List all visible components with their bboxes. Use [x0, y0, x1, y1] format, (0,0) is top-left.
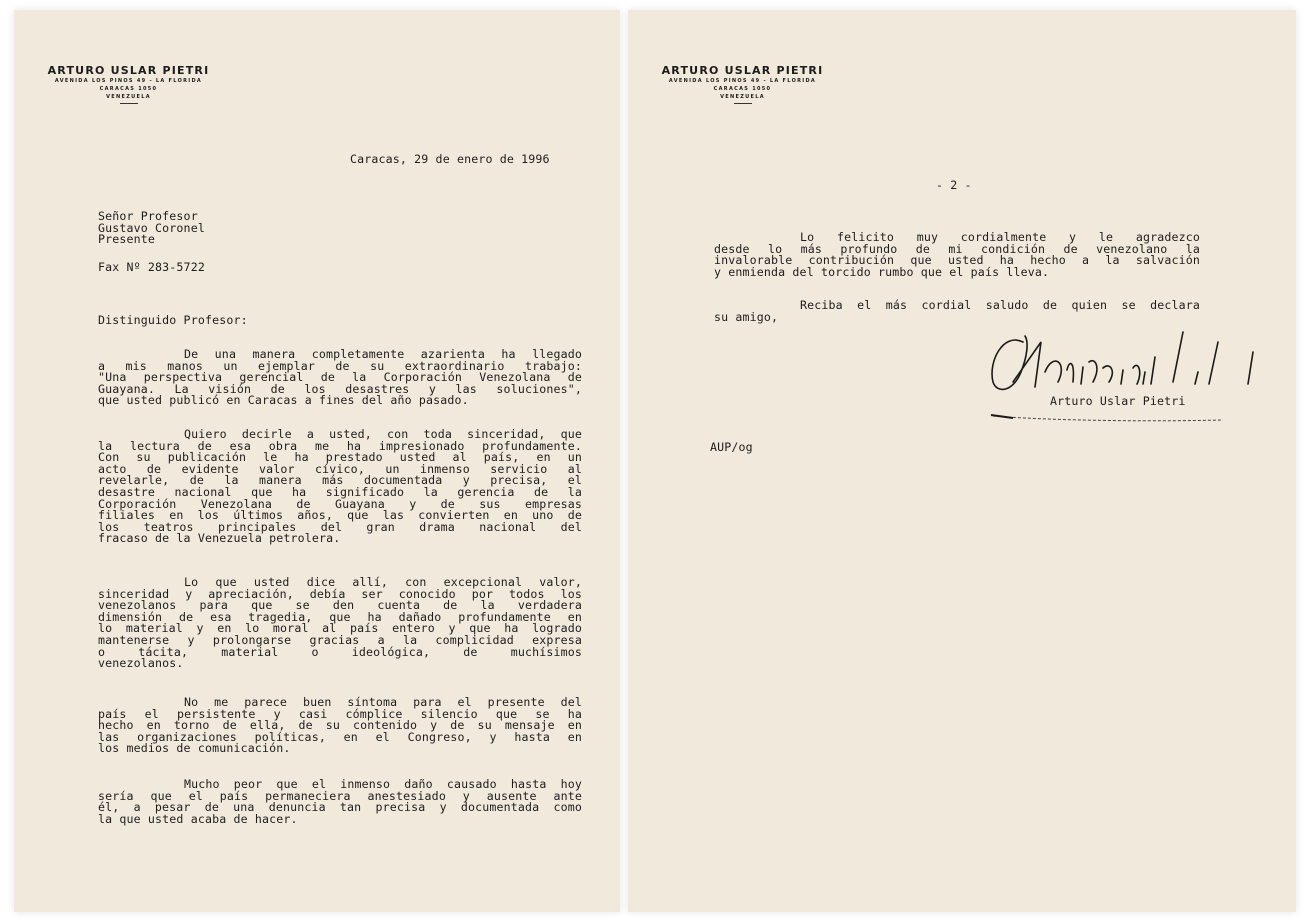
- letterhead-rule: [120, 103, 138, 104]
- letterhead-city: CARACAS 1050: [650, 85, 835, 93]
- letterhead-address: AVENIDA LOS PINOS 49 - LA FLORIDA: [36, 77, 221, 85]
- body-paragraph: Mucho peor que el inmenso daño causado h…: [98, 779, 582, 825]
- recipient-block: Señor Profesor Gustavo Coronel Presente: [98, 211, 205, 246]
- letterhead-country: VENEZUELA: [650, 93, 835, 101]
- body-paragraph: Lo felicito muy cordialmente y le agrade…: [714, 232, 1200, 278]
- letterhead: ARTURO USLAR PIETRI AVENIDA LOS PINOS 49…: [36, 65, 221, 104]
- salutation: Distinguido Profesor:: [98, 315, 248, 327]
- signature-name: Arturo Uslar Pietri: [1050, 396, 1185, 408]
- letterhead-address: AVENIDA LOS PINOS 49 - LA FLORIDA: [650, 77, 835, 85]
- fax-number: Fax Nº 283-5722: [98, 262, 205, 274]
- letterhead: ARTURO USLAR PIETRI AVENIDA LOS PINOS 49…: [650, 65, 835, 104]
- recipient-line: Presente: [98, 234, 205, 246]
- letter-date: Caracas, 29 de enero de 1996: [350, 154, 550, 166]
- letterhead-name: ARTURO USLAR PIETRI: [36, 65, 221, 77]
- letter-page-1: ARTURO USLAR PIETRI AVENIDA LOS PINOS 49…: [14, 10, 620, 912]
- letterhead-name: ARTURO USLAR PIETRI: [650, 65, 835, 77]
- page-number: - 2 -: [936, 180, 972, 192]
- body-paragraph: Quiero decirle a usted, con toda sinceri…: [98, 429, 582, 545]
- body-paragraph: De una manera completamente azarienta ha…: [98, 349, 582, 407]
- handwritten-signature: [983, 312, 1273, 432]
- letterhead-country: VENEZUELA: [36, 93, 221, 101]
- paragraph-line: los medios de comunicación.: [98, 743, 582, 755]
- letterhead-city: CARACAS 1050: [36, 85, 221, 93]
- paragraph-line: y enmienda del torcido rumbo que el país…: [714, 267, 1200, 279]
- paragraph-line: fracaso de la Venezuela petrolera.: [98, 533, 582, 545]
- paragraph-line: Reciba el más cordial saludo de quien se…: [714, 300, 1200, 312]
- body-paragraph: No me parece buen síntoma para el presen…: [98, 697, 582, 755]
- body-paragraph: Lo que usted dice allí, con excepcional …: [98, 577, 582, 670]
- reference-initials: AUP/og: [710, 442, 753, 454]
- letterhead-rule: [734, 103, 752, 104]
- letter-page-2: ARTURO USLAR PIETRI AVENIDA LOS PINOS 49…: [628, 10, 1296, 912]
- paragraph-line: que usted publicó en Caracas a fines del…: [98, 395, 582, 407]
- paragraph-line: venezolanos.: [98, 658, 582, 670]
- paragraph-line: la que usted acaba de hacer.: [98, 814, 582, 826]
